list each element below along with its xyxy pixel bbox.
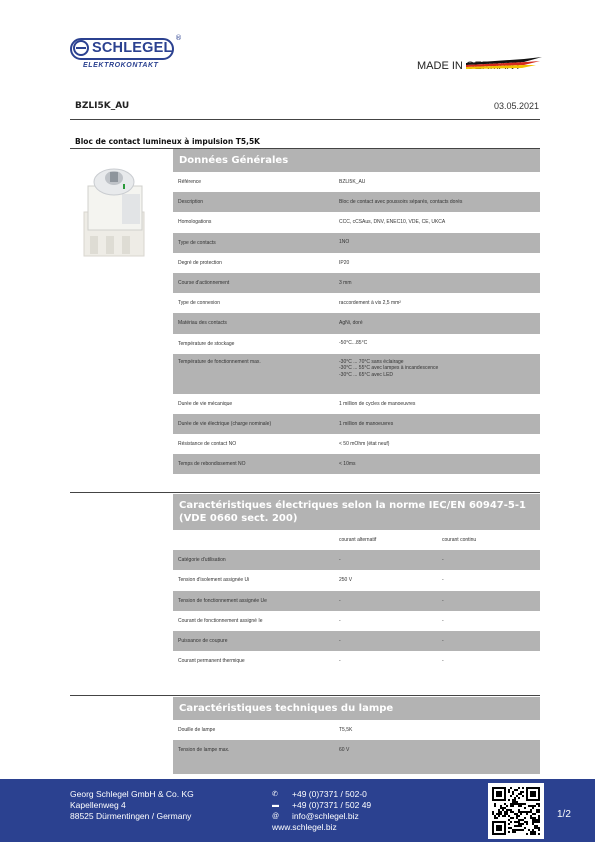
spec-label: Température de stockage [173,341,339,347]
spec-value: -30°C ... 70°C sans éclairage-30°C ... 5… [339,359,540,379]
section-tail [173,760,540,774]
company-address: Georg Schlegel GmbH & Co. KG Kapellenweg… [70,789,194,822]
email-link[interactable]: info@schlegel.biz [292,811,359,822]
german-flag-swoosh-icon [464,56,544,72]
registered-mark: ® [175,34,182,42]
spec-row: Courant de fonctionnement assigné Ie-- [173,611,540,631]
spec-label: Température de fonctionnement max. [173,359,339,365]
spec-value-line: 1NO [339,239,540,246]
spec-label: Résistance de contact NO [173,441,339,447]
spec-row: Type de contacts1NO [173,233,540,253]
spec-label: Courant de fonctionnement assigné Ie [173,618,339,624]
ac-value: - [339,598,442,604]
spec-value: raccordement à vis 2,5 mm² [339,300,540,307]
spec-label: Courant permanent thermique [173,658,339,664]
document-title: Bloc de contact lumineux à impulsion T5,… [75,137,260,146]
spec-row: Matériau des contactsAgNi, doré [173,313,540,333]
spec-label: Type de connexion [173,300,339,306]
spec-row: Degré de protectionIP20 [173,253,540,273]
schlegel-logo: SCHLEGEL ® ELEKTROKONTAKT [70,38,180,74]
spec-value-line: -30°C ... 65°C avec LED [339,372,540,379]
header-divider [70,119,540,120]
spec-label: Catégorie d'utilisation [173,557,339,563]
spec-label: Degré de protection [173,260,339,266]
section-header-general: Données Générales [173,149,540,172]
spec-row: Courant permanent thermique-- [173,651,540,671]
section-divider-electrical [70,492,540,493]
spec-value-line: < 50 mOhm (état neuf) [339,441,540,448]
spec-value: 60 V [339,747,540,754]
logo-emblem-icon [73,40,89,56]
phone-line: ✆ +49 (0)7371 / 502-0 [272,789,371,800]
spec-value: CCC, cCSAus, DNV, ENEC10, VDE, CE, UKCA [339,219,540,226]
ac-value: - [339,557,442,563]
spec-value: 1NO [339,239,540,246]
spec-value-line: Bloc de contact avec poussoirs séparés, … [339,199,540,206]
spec-row: Temps de rebondissement NO< 10ms [173,454,540,474]
contact-info: ✆ +49 (0)7371 / 502-0 ▬ +49 (0)7371 / 50… [272,789,371,833]
spec-row: Durée de vie mécanique1 million de cycle… [173,394,540,414]
fax-line: ▬ +49 (0)7371 / 502 49 [272,800,371,811]
spec-value: 1 million de cycles de manoeuvres [339,401,540,408]
spec-label: Tension de fonctionnement assignée Ue [173,598,339,604]
spec-label: Tension de lampe max. [173,747,339,753]
spec-label: Durée de vie mécanique [173,401,339,407]
section-header-electrical: Caractéristiques électriques selon la no… [173,494,540,530]
company-name: Georg Schlegel GmbH & Co. KG [70,789,194,800]
qr-code[interactable] [488,783,544,839]
spec-value-line: CCC, cCSAus, DNV, ENEC10, VDE, CE, UKCA [339,219,540,226]
dc-value: - [442,598,540,604]
spec-row: Puissance de coupure-- [173,631,540,651]
company-city: 88525 Dürmentingen / Germany [70,811,194,822]
phone-number[interactable]: +49 (0)7371 / 502-0 [292,789,367,800]
spec-label: Type de contacts [173,240,339,246]
email-line: @ info@schlegel.biz [272,811,371,822]
spec-label: Matériau des contacts [173,320,339,326]
ac-value: - [339,658,442,664]
spec-value: T5,5K [339,727,540,734]
spec-label: Course d'actionnement [173,280,339,286]
spec-value-line: 60 V [339,747,540,754]
spec-value-line: IP20 [339,260,540,267]
spec-value-line: BZLI5K_AU [339,179,540,186]
spec-row: Type de connexionraccordement à vis 2,5 … [173,293,540,313]
ac-value: - [339,638,442,644]
spec-value-line: 1 million de manoeuvres [339,421,540,428]
spec-row: RéférenceBZLI5K_AU [173,172,540,192]
spec-row: Tension de fonctionnement assignée Ue-- [173,591,540,611]
spec-value-line: -50°C...85°C [339,340,540,347]
dc-value: - [442,577,540,583]
spec-row: Durée de vie électrique (charge nominale… [173,414,540,434]
dc-value: - [442,658,540,664]
qr-code-icon [492,787,540,835]
spec-row: Tension d'isolement assignée Ui250 V- [173,570,540,590]
spec-label: Douille de lampe [173,727,339,733]
section-header-lamp: Caractéristiques techniques du lampe [173,697,540,720]
spec-row: Catégorie d'utilisation-- [173,550,540,570]
spec-row: Tension de lampe max.60 V [173,740,540,760]
column-header-ac: courant alternatif [339,537,442,543]
spec-row: HomologationsCCC, cCSAus, DNV, ENEC10, V… [173,212,540,232]
lamp-spec-table: Douille de lampeT5,5KTension de lampe ma… [173,720,540,760]
spec-row: Course d'actionnement3 mm [173,273,540,293]
spec-row: Température de stockage-50°C...85°C [173,334,540,354]
product-code: BZLI5K_AU [75,101,129,111]
at-icon: @ [272,811,292,822]
spec-value: Bloc de contact avec poussoirs séparés, … [339,199,540,206]
fax-number[interactable]: +49 (0)7371 / 502 49 [292,800,371,811]
spec-label: Tension d'isolement assignée Ui [173,577,339,583]
spec-label: Puissance de coupure [173,638,339,644]
dc-value: - [442,638,540,644]
spec-row: Résistance de contact NO< 50 mOhm (état … [173,434,540,454]
section-lamp: Caractéristiques techniques du lampe Dou… [173,697,540,774]
spec-row: Température de fonctionnement max.-30°C … [173,354,540,394]
dc-value: - [442,618,540,624]
document-date: 03.05.2021 [494,101,539,111]
spec-value-line: < 10ms [339,461,540,468]
spec-value-line: AgNi, doré [339,320,540,327]
column-header-dc: courant continu [442,537,540,543]
spec-row: DescriptionBloc de contact avec poussoir… [173,192,540,212]
section-divider-lamp [70,695,540,696]
electrical-column-headers: courant alternatif courant continu [173,530,540,550]
spec-label: Description [173,199,339,205]
logo-text: SCHLEGEL [92,40,173,56]
fax-icon: ▬ [272,800,292,811]
spec-value: AgNi, doré [339,320,540,327]
ac-value: - [339,618,442,624]
spec-value: -50°C...85°C [339,340,540,347]
spec-value: 3 mm [339,280,540,287]
section-general: Données Générales RéférenceBZLI5K_AUDesc… [173,149,540,474]
footer: Georg Schlegel GmbH & Co. KG Kapellenweg… [0,779,595,842]
spec-label: Temps de rebondissement NO [173,461,339,467]
product-image [76,160,152,260]
spec-label: Durée de vie électrique (charge nominale… [173,421,339,427]
spec-value: < 10ms [339,461,540,468]
spec-value-line: 1 million de cycles de manoeuvres [339,401,540,408]
spec-value: 1 million de manoeuvres [339,421,540,428]
spec-label: Référence [173,179,339,185]
logo-subtext: ELEKTROKONTAKT [83,62,159,69]
section-electrical: Caractéristiques électriques selon la no… [173,494,540,671]
spec-row: Douille de lampeT5,5K [173,720,540,740]
phone-icon: ✆ [272,789,292,800]
electrical-spec-table: Catégorie d'utilisation--Tension d'isole… [173,550,540,671]
spec-label: Homologations [173,219,339,225]
spec-value-line: raccordement à vis 2,5 mm² [339,300,540,307]
spec-value-line: T5,5K [339,727,540,734]
general-spec-table: RéférenceBZLI5K_AUDescriptionBloc de con… [173,172,540,474]
ac-value: 250 V [339,577,442,583]
dc-value: - [442,557,540,563]
company-street: Kapellenweg 4 [70,800,194,811]
spec-value: BZLI5K_AU [339,179,540,186]
spec-value: IP20 [339,260,540,267]
website-link[interactable]: www.schlegel.biz [272,822,371,833]
page-number: 1/2 [557,809,571,820]
spec-value-line: 3 mm [339,280,540,287]
spec-value: < 50 mOhm (état neuf) [339,441,540,448]
